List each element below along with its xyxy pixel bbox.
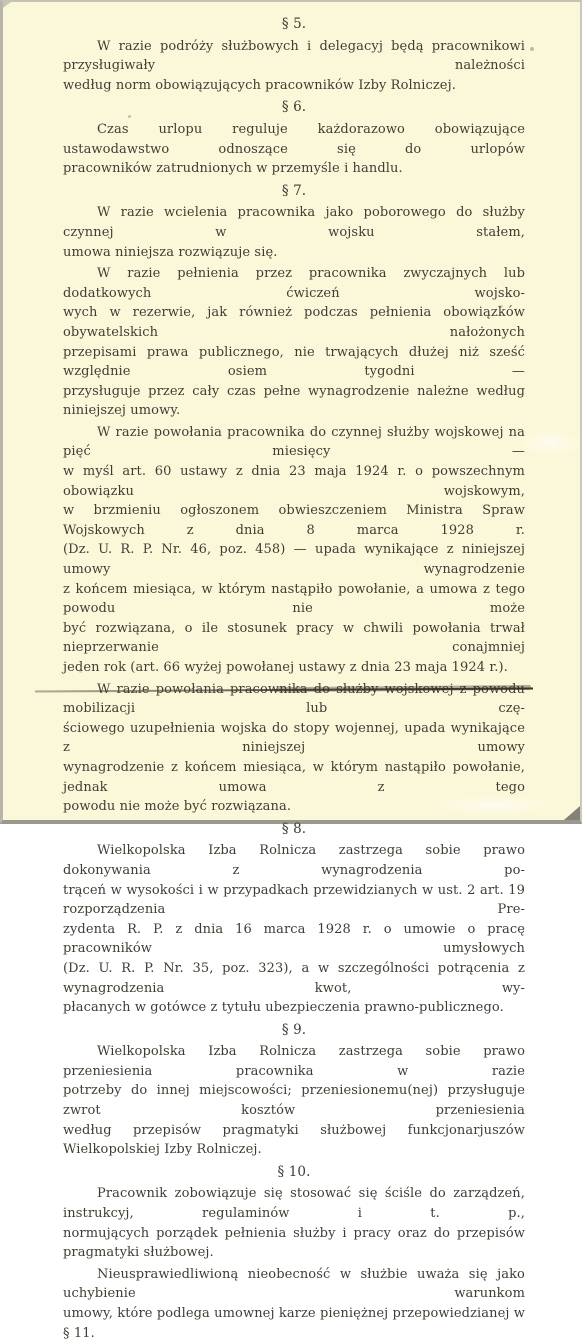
scan-speck: [530, 47, 534, 51]
text-line: (Dz. U. R. P. Nr. 46, poz. 458) — upada …: [63, 540, 525, 579]
paragraph: W razie podróży służbowych i delegacyj b…: [63, 37, 525, 96]
document-page: § 5. W razie podróży służbowych i delega…: [0, 0, 582, 824]
section-heading-8: § 8.: [63, 820, 525, 824]
text-line: umowa niniejsza rozwiązuje się.: [63, 243, 525, 263]
text-line: W razie wcielenia pracownika jako poboro…: [63, 203, 525, 242]
paragraph: W razie powołania pracownika do czynnej …: [63, 423, 525, 678]
text-line: według norm obowiązujących pracowników I…: [63, 76, 525, 96]
text-line: w brzmieniu ogłoszonem obwieszczeniem Mi…: [63, 501, 525, 540]
struck-line-text: W razie powołania pracownika do służby w…: [63, 682, 525, 717]
text-line: wynagrodzenie z końcem miesiąca, w który…: [63, 758, 525, 797]
text-line: przysługuje przez cały czas pełne wynagr…: [63, 382, 525, 421]
paragraph: Czas urlopu reguluje każdorazowo obowiąz…: [63, 120, 525, 179]
document-text-block: § 5. W razie podróży służbowych i delega…: [63, 12, 525, 824]
text-line: wych w rezerwie, jak również podczas peł…: [63, 303, 525, 342]
text-line: ściowego uzupełnienia wojska do stopy wo…: [63, 719, 525, 758]
text-line: W razie powołania pracownika do czynnej …: [63, 423, 525, 462]
text-line: w myśl art. 60 ustawy z dnia 23 maja 192…: [63, 462, 525, 501]
text-line: Czas urlopu reguluje każdorazowo obowiąz…: [63, 120, 525, 159]
scan-smudge: [520, 430, 580, 456]
struck-text-line: W razie powołania pracownika do służby w…: [63, 680, 525, 719]
text-line: być rozwiązana, o ile stosunek pracy w c…: [63, 619, 525, 658]
scan-corner-bottom-right: [564, 806, 580, 820]
paragraph-with-strikethrough: W razie powołania pracownika do służby w…: [63, 680, 525, 817]
paragraph: W razie pełnienia przez pracownika zwycz…: [63, 264, 525, 421]
text-line: z końcem miesiąca, w którym nastąpiło po…: [63, 580, 525, 619]
text-line: jeden rok (art. 66 wyżej powołanej ustaw…: [63, 658, 525, 678]
text-line: pracowników zatrudnionych w przemyśle i …: [63, 159, 525, 179]
scan-corner-top-left: [3, 2, 11, 8]
text-line: W razie pełnienia przez pracownika zwycz…: [63, 264, 525, 303]
section-heading-5: § 5.: [63, 15, 525, 35]
section-heading-7: § 7.: [63, 182, 525, 202]
section-heading-6: § 6.: [63, 98, 525, 118]
text-line: W razie podróży służbowych i delegacyj b…: [63, 37, 525, 76]
text-line: powodu nie może być rozwiązana.: [63, 797, 525, 817]
text-line: przepisami prawa publicznego, nie trwają…: [63, 343, 525, 382]
paragraph: W razie wcielenia pracownika jako poboro…: [63, 203, 525, 262]
